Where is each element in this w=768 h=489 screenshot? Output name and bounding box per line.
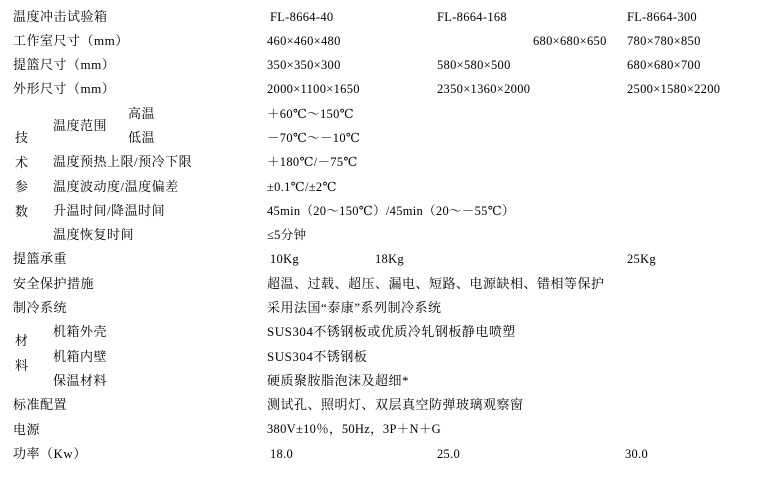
safety-value: 超温、过载、超压、漏电、短路、电源缺相、错相等保护 (267, 276, 605, 291)
power-value-3: 30.0 (625, 447, 648, 462)
cooling-value: 采用法国“泰康”系列制冷系统 (267, 300, 442, 315)
cooling-label: 制冷系统 (13, 300, 67, 315)
basket-load-value-2: 18Kg (375, 252, 404, 267)
insulation-label: 保温材料 (53, 373, 107, 388)
basket-load-label: 提篮承重 (13, 251, 67, 266)
work-room-size-value-2: 680×680×650 (533, 34, 607, 49)
temp-high-label: 高温 (128, 106, 155, 121)
tech-group-char-2: 术 (15, 155, 29, 170)
model-1: FL-8664-40 (270, 10, 333, 25)
overall-size-value-3: 2500×1580×2200 (627, 82, 720, 97)
temp-low-label: 低温 (128, 130, 155, 145)
power-value-1: 18.0 (270, 447, 293, 462)
basket-size-value-1: 350×350×300 (267, 58, 341, 73)
temp-high-value: ＋60℃～150℃ (267, 107, 354, 122)
overall-size-label: 外形尺寸（mm） (13, 81, 115, 96)
work-room-size-value-3: 780×780×850 (627, 34, 701, 49)
shell-value: SUS304不锈钢板或优质冷轧钢板静电喷塑 (267, 324, 516, 339)
inner-wall-label: 机箱内壁 (53, 349, 107, 364)
ramp-time-value: 45min（20～150℃）/45min（20～－55℃） (267, 204, 515, 219)
power-value-2: 25.0 (437, 447, 460, 462)
basket-load-value-3: 25Kg (627, 252, 656, 267)
shell-label: 机箱外壳 (53, 324, 107, 339)
safety-label: 安全保护措施 (13, 276, 94, 291)
tech-group-char-1: 技 (15, 130, 29, 145)
work-room-size-value-1: 460×460×480 (267, 34, 341, 49)
basket-size-label: 提篮尺寸（mm） (13, 57, 115, 72)
standard-config-label: 标准配置 (13, 397, 67, 412)
temp-low-value: －70℃～－10℃ (267, 131, 360, 146)
material-group-char-1: 材 (15, 333, 29, 348)
overall-size-value-1: 2000×1100×1650 (267, 82, 360, 97)
work-room-size-label: 工作室尺寸（mm） (13, 33, 129, 48)
fluctuation-value: ±0.1℃/±2℃ (267, 180, 337, 195)
product-title: 温度冲击试验箱 (13, 9, 108, 24)
overall-size-value-2: 2350×1360×2000 (437, 82, 530, 97)
spec-sheet: 温度冲击试验箱 FL-8664-40 FL-8664-168 FL-8664-3… (0, 0, 768, 489)
basket-size-value-3: 680×680×700 (627, 58, 701, 73)
temp-range-label: 温度范围 (53, 118, 107, 133)
recovery-time-label: 温度恢复时间 (53, 227, 134, 242)
material-group-char-2: 料 (15, 358, 29, 373)
basket-size-value-2: 580×580×500 (437, 58, 511, 73)
tech-group-char-4: 数 (15, 204, 29, 219)
preheat-limit-value: ＋180℃/－75℃ (267, 155, 358, 170)
standard-config-value: 测试孔、照明灯、双层真空防弹玻璃观察窗 (267, 397, 524, 412)
fluctuation-label: 温度波动度/温度偏差 (53, 179, 179, 194)
tech-group-char-3: 参 (15, 179, 29, 194)
power-supply-label: 电源 (13, 422, 40, 437)
model-2: FL-8664-168 (437, 10, 507, 25)
model-3: FL-8664-300 (627, 10, 697, 25)
basket-load-value-1: 10Kg (270, 252, 299, 267)
inner-wall-value: SUS304不锈钢板 (267, 349, 367, 364)
recovery-time-value: ≤5分钟 (267, 228, 306, 243)
ramp-time-label: 升温时间/降温时间 (53, 203, 165, 218)
power-supply-value: 380V±10％，50Hz，3P＋N＋G (267, 422, 441, 437)
insulation-value: 硬质聚胺脂泡沫及超细* (267, 373, 409, 388)
preheat-limit-label: 温度预热上限/预冷下限 (53, 154, 192, 169)
power-label: 功率（Kw） (13, 446, 87, 461)
